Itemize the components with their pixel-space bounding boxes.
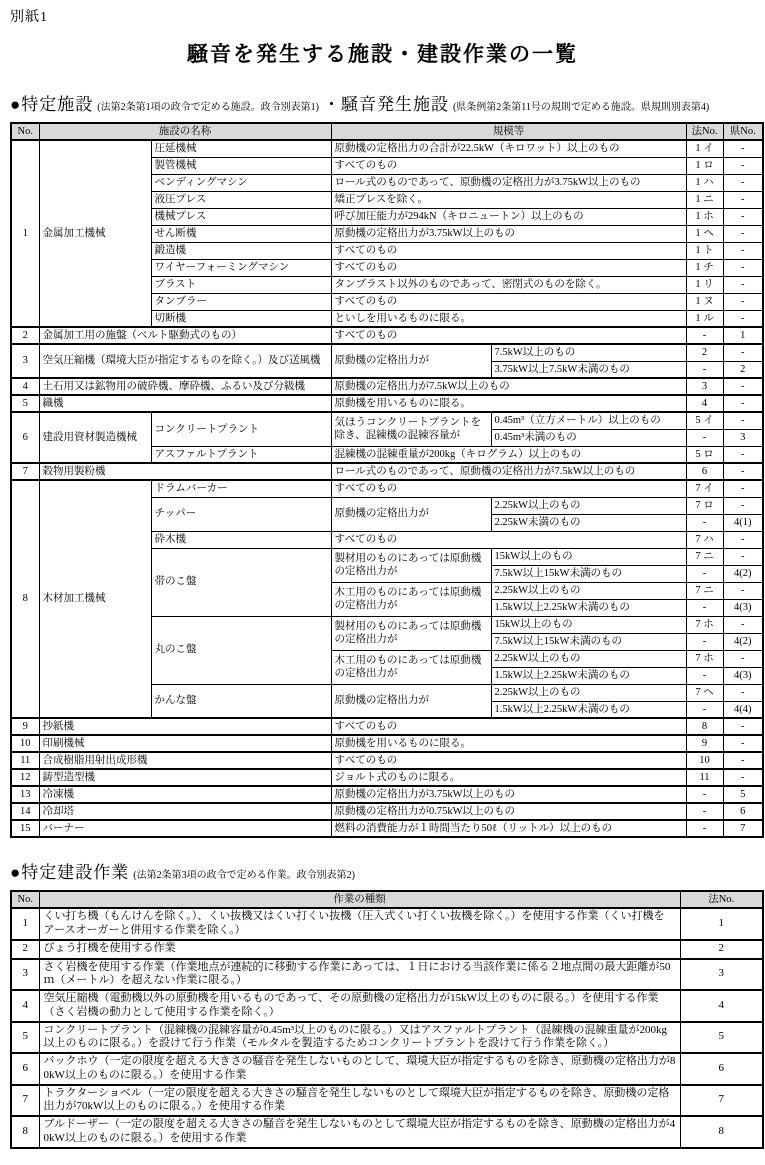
law-no: 7 ハ [686,531,723,548]
facility-name: 印刷機械 [39,735,331,752]
table-row: 7トラクターショベル（一定の限度を超える大きさの騒音を発生しないものとして環境大… [11,1085,763,1117]
pref-no: 6 [723,803,763,820]
pref-no: 4(3) [723,667,763,684]
work-type: びょう打機を使用する作業 [39,940,680,959]
table-row: 5織機原動機を用いるものに限る。4- [11,395,763,412]
facility-name: 帯のこ盤 [151,548,331,616]
pref-no: - [723,650,763,667]
law-no: - [686,599,723,616]
table-row: 2金属加工用の施盤（ベルト駆動式のもの）すべてのもの-1 [11,327,763,344]
pref-no: - [723,191,763,208]
table-row: 6建設用資材製造機械コンクリートプラント気ほうコンクリートプラントを除き、混練機… [11,412,763,429]
facilities-table-header-row: No. 施設の名称 規模等 法No. 県No. [11,123,763,140]
facility-name: 土石用又は鉱物用の破砕機、摩砕機、ふるい及び分級機 [39,378,331,395]
table-row: 2びょう打機を使用する作業2 [11,940,763,959]
law-no: - [686,786,723,803]
pref-no: - [723,718,763,735]
pref-no: 3 [723,429,763,446]
facility-name: せん断機 [151,225,331,242]
facility-category: 金属加工機械 [39,140,151,327]
facility-name: 砕木機 [151,531,331,548]
law-no: - [686,361,723,378]
law-no: 5 [680,1022,763,1054]
facility-name: 切断機 [151,310,331,327]
pref-no: 4(2) [723,633,763,650]
facility-name: ワイヤーフォーミングマシン [151,259,331,276]
table-row: 14冷却塔原動機の定格出力が0.75kW以上のもの-6 [11,803,763,820]
facility-name: チッパー [151,497,331,531]
pref-no: - [723,157,763,174]
row-no: 3 [11,344,39,378]
row-no: 6 [11,412,39,463]
pref-no: - [723,293,763,310]
pref-no: 7 [723,820,763,837]
scale-desc: ジョルト式のものに限る。 [331,769,686,786]
law-no: 2 [680,940,763,959]
table-row: 4空気圧縮機（電動機以外の原動機を用いるものであって、その原動機の定格出力が15… [11,990,763,1022]
law-no: - [686,633,723,650]
law-no: 1 イ [686,140,723,157]
law-no: 7 ホ [686,616,723,633]
scale-desc: 製材用のものにあっては原動機の定格出力が [331,548,491,582]
section-heading-facilities: ●特定施設 (法第2条第1項の政令で定める施設。政令別表第1) ・騒音発生施設 … [10,90,755,115]
facility-name: 機械プレス [151,208,331,225]
law-no: 7 イ [686,480,723,497]
law-no: 5 ロ [686,446,723,463]
law-no: 6 [686,463,723,480]
table-row: 15バーナー燃料の消費能力が１時間当たり50ℓ（リットル）以上のもの-7 [11,820,763,837]
scale-desc: すべてのもの [331,327,686,344]
header-scale: 規模等 [331,123,686,140]
law-no: 8 [686,718,723,735]
row-no: 13 [11,786,39,803]
pref-no: - [723,378,763,395]
law-no: 4 [680,990,763,1022]
scale-desc: 原動機を用いるものに限る。 [331,395,686,412]
scale-cond: 1.5kW以上2.25kW未満のもの [491,599,686,616]
attachment-label: 別紙1 [10,6,755,26]
scale-desc: 原動機の定格出力の合計が22.5kW（キロワット）以上のもの [331,140,686,157]
pref-no: - [723,276,763,293]
row-no: 12 [11,769,39,786]
scale-cond: 15kW以上のもの [491,616,686,633]
row-no: 4 [11,378,39,395]
law-no: 8 [680,1116,763,1148]
scale-cond: 2.25kW未満のもの [491,514,686,531]
row-no: 15 [11,820,39,837]
law-no: 1 ホ [686,208,723,225]
work-type: ブルドーザー（一定の限度を超える大きさの騒音を発生しないものとして環境大臣が指定… [39,1116,680,1148]
law-no: - [686,327,723,344]
row-no: 5 [11,1022,39,1054]
pref-no: 2 [723,361,763,378]
row-no: 9 [11,718,39,735]
pref-no: - [723,582,763,599]
scale-cond: 7.5kW以上15kW未満のもの [491,633,686,650]
page-title: 騒音を発生する施設・建設作業の一覧 [10,38,755,68]
header-no: No. [11,891,39,908]
row-no: 10 [11,735,39,752]
scale-desc: 原動機の定格出力が7.5kW以上のもの [331,378,686,395]
scale-cond: 0.45m³（立方メートル）以上のもの [491,412,686,429]
law-no: 1 ト [686,242,723,259]
law-no: 1 ロ [686,157,723,174]
pref-no: 4(4) [723,701,763,718]
pref-no: - [723,684,763,701]
pref-no: - [723,140,763,157]
scale-desc: といしを用いるものに限る。 [331,310,686,327]
header-facility-name: 施設の名称 [39,123,331,140]
scale-cond: 7.5kW以上15kW未満のもの [491,565,686,582]
work-type: さく岩機を使用する作業（作業地点が連続的に移動する作業にあっては、１日における当… [39,959,680,991]
row-no: 2 [11,327,39,344]
scale-cond: 1.5kW以上2.25kW未満のもの [491,701,686,718]
specified-facilities-table: No. 施設の名称 規模等 法No. 県No. 1金属加工機械圧延機械原動機の定… [10,122,764,838]
table-row: 3空気圧縮機（環境大臣が指定するものを除く。）及び送風機原動機の定格出力が7.5… [11,344,763,361]
law-no: 1 ニ [686,191,723,208]
facility-name: ベンディングマシン [151,174,331,191]
law-no: - [686,820,723,837]
pref-no: - [723,531,763,548]
row-no: 5 [11,395,39,412]
scale-desc: 原動機の定格出力が [331,497,491,531]
law-no: 7 ニ [686,548,723,565]
row-no: 3 [11,959,39,991]
law-no: 3 [686,378,723,395]
scale-cond: 15kW以上のもの [491,548,686,565]
row-no: 7 [11,463,39,480]
law-no: 5 イ [686,412,723,429]
construction-table-header-row: No. 作業の種類 法No. [11,891,763,908]
facility-name: 冷凍機 [39,786,331,803]
pref-no: 1 [723,327,763,344]
law-no: - [686,803,723,820]
scale-desc: すべてのもの [331,157,686,174]
row-no: 4 [11,990,39,1022]
pref-no: - [723,497,763,514]
pref-no: - [723,225,763,242]
law-no: - [686,667,723,684]
header-no: No. [11,123,39,140]
scale-desc: 燃料の消費能力が１時間当たり50ℓ（リットル）以上のもの [331,820,686,837]
pref-no: - [723,769,763,786]
facility-category: 建設用資材製造機械 [39,412,151,463]
scale-desc: ロール式のものであって、原動機の定格出力が7.5kW以上のもの [331,463,686,480]
scale-desc: 原動機を用いるものに限る。 [331,735,686,752]
scale-desc: 木工用のものにあっては原動機の定格出力が [331,582,491,616]
scale-desc: 気ほうコンクリートプラントを除き、混練機の混練容量が [331,412,491,446]
law-no: 1 チ [686,259,723,276]
law-no: 7 ロ [686,497,723,514]
table-row: 10印刷機械原動機を用いるものに限る。9- [11,735,763,752]
law-no: 3 [680,959,763,991]
scale-desc: すべてのもの [331,259,686,276]
pref-no: - [723,395,763,412]
pref-no: - [723,548,763,565]
law-no: - [686,701,723,718]
law-no: 6 [680,1053,763,1085]
facility-name: 液圧プレス [151,191,331,208]
facility-name: 合成樹脂用射出成形機 [39,752,331,769]
scale-desc: 矯正プレスを除く。 [331,191,686,208]
facility-name: 丸のこ盤 [151,616,331,684]
facility-name: 圧延機械 [151,140,331,157]
pref-no: 4(3) [723,599,763,616]
noise-facilities-heading: ・騒音発生施設 [323,95,449,114]
scale-desc: ロール式のものであって、原動機の定格出力が3.75kW以上のもの [331,174,686,191]
table-row: 11合成樹脂用射出成形機すべてのもの10- [11,752,763,769]
scale-desc: すべてのもの [331,242,686,259]
law-no: 4 [686,395,723,412]
pref-no: - [723,480,763,497]
section-spacer [10,838,755,858]
row-no: 8 [11,480,39,718]
scale-desc: 製材用のものにあっては原動機の定格出力が [331,616,491,650]
scale-desc: すべてのもの [331,752,686,769]
pref-no: - [723,259,763,276]
header-work-type: 作業の種類 [39,891,680,908]
noise-facilities-heading-note: (県条例第2条第11号の規則で定める施設。県規則別表第4) [453,102,709,113]
facility-name: コンクリートプラント [151,412,331,446]
pref-no: - [723,616,763,633]
work-type: バックホウ（一定の限度を超える大きさの騒音を発生しないものとして、環境大臣が指定… [39,1053,680,1085]
law-no: 1 ル [686,310,723,327]
facilities-heading-note: (法第2条第1項の政令で定める施設。政令別表第1) [97,102,319,113]
work-type: くい打ち機（もんけんを除く。）、くい抜機又はくい打くい抜機（圧入式くい打くい抜機… [39,908,680,940]
law-no: 7 ホ [686,650,723,667]
scale-cond: 1.5kW以上2.25kW未満のもの [491,667,686,684]
law-no: - [686,429,723,446]
scale-desc: すべてのもの [331,718,686,735]
row-no: 8 [11,1116,39,1148]
scale-desc: 呼び加圧能力が294kN（キロニュートン）以上のもの [331,208,686,225]
pref-no: - [723,735,763,752]
scale-desc: 原動機の定格出力が3.75kW以上のもの [331,786,686,803]
law-no: 7 ニ [686,582,723,599]
facility-name: 金属加工用の施盤（ベルト駆動式のもの） [39,327,331,344]
specified-construction-table: No. 作業の種類 法No. 1くい打ち機（もんけんを除く。）、くい抜機又はくい… [10,890,764,1149]
scale-desc: 原動機の定格出力が [331,684,491,718]
header-pref-no: 県No. [723,123,763,140]
header-law-no: 法No. [686,123,723,140]
work-type: トラクターショベル（一定の限度を超える大きさの騒音を発生しないものとして環境大臣… [39,1085,680,1117]
section-heading-construction: ●特定建設作業 (法第2条第3項の政令で定める作業。政令別表第2) [10,858,755,883]
law-no: 1 ヘ [686,225,723,242]
table-row: 1くい打ち機（もんけんを除く。）、くい抜機又はくい打くい抜機（圧入式くい打くい抜… [11,908,763,940]
law-no: 7 [680,1085,763,1117]
row-no: 2 [11,940,39,959]
facility-name: 穀物用製粉機 [39,463,331,480]
table-row: 3さく岩機を使用する作業（作業地点が連続的に移動する作業にあっては、１日における… [11,959,763,991]
facility-name: 冷却塔 [39,803,331,820]
table-row: 5コンクリートプラント（混練機の混練容量が0.45m³以上のものに限る。）又はア… [11,1022,763,1054]
table-row: 7穀物用製粉機ロール式のものであって、原動機の定格出力が7.5kW以上のもの6- [11,463,763,480]
facility-name: 抄紙機 [39,718,331,735]
law-no: 1 リ [686,276,723,293]
work-type: 空気圧縮機（電動機以外の原動機を用いるものであって、その原動機の定格出力が15k… [39,990,680,1022]
table-row: 13冷凍機原動機の定格出力が3.75kW以上のもの-5 [11,786,763,803]
row-no: 14 [11,803,39,820]
table-row: 8ブルドーザー（一定の限度を超える大きさの騒音を発生しないものとして環境大臣が指… [11,1116,763,1148]
pref-no: - [723,310,763,327]
table-row: 1金属加工機械圧延機械原動機の定格出力の合計が22.5kW（キロワット）以上のも… [11,140,763,157]
facility-name: タンブラー [151,293,331,310]
table-row: 12鋳型造型機ジョルト式のものに限る。11- [11,769,763,786]
header-law-no: 法No. [680,891,763,908]
law-no: - [686,565,723,582]
scale-desc: 混練機の混練重量が200kg（キログラム）以上のもの [331,446,686,463]
facility-name: バーナー [39,820,331,837]
pref-no: 5 [723,786,763,803]
scale-desc: すべてのもの [331,531,686,548]
row-no: 1 [11,140,39,327]
scale-cond: 0.45m³未満のもの [491,429,686,446]
law-no: 9 [686,735,723,752]
table-row: 9抄紙機すべてのもの8- [11,718,763,735]
facility-name: 鍛造機 [151,242,331,259]
law-no: 1 ハ [686,174,723,191]
pref-no: 4(2) [723,565,763,582]
facility-name: ドラムバーカー [151,480,331,497]
law-no: 10 [686,752,723,769]
pref-no: - [723,412,763,429]
law-no: 7 ヘ [686,684,723,701]
facility-name: アスファルトプラント [151,446,331,463]
facility-name: ブラスト [151,276,331,293]
scale-cond: 2.25kW以上のもの [491,684,686,701]
construction-heading: ●特定建設作業 [10,863,129,882]
pref-no: - [723,752,763,769]
scale-cond: 7.5kW以上のもの [491,344,686,361]
law-no: - [686,514,723,531]
row-no: 6 [11,1053,39,1085]
facility-name: 鋳型造型機 [39,769,331,786]
document-page: 別紙1 騒音を発生する施設・建設作業の一覧 ●特定施設 (法第2条第1項の政令で… [0,0,765,1157]
row-no: 7 [11,1085,39,1117]
scale-desc: すべてのもの [331,480,686,497]
facilities-heading: ●特定施設 [10,95,93,114]
scale-cond: 2.25kW以上のもの [491,582,686,599]
table-row: 8木材加工機械ドラムバーカーすべてのもの7 イ- [11,480,763,497]
scale-desc: タンブラスト以外のものであって、密閉式のものを除く。 [331,276,686,293]
table-row: 4土石用又は鉱物用の破砕機、摩砕機、ふるい及び分級機原動機の定格出力が7.5kW… [11,378,763,395]
pref-no: - [723,344,763,361]
row-no: 11 [11,752,39,769]
facility-category: 木材加工機械 [39,480,151,718]
law-no: 1 [680,908,763,940]
scale-desc: 原動機の定格出力が3.75kW以上のもの [331,225,686,242]
facility-name: 織機 [39,395,331,412]
pref-no: 4(1) [723,514,763,531]
pref-no: - [723,242,763,259]
scale-desc: 原動機の定格出力が [331,344,491,378]
pref-no: - [723,446,763,463]
scale-cond: 2.25kW以上のもの [491,650,686,667]
facility-name: 製管機械 [151,157,331,174]
scale-cond: 3.75kW以上7.5kW未満のもの [491,361,686,378]
pref-no: - [723,463,763,480]
scale-cond: 2.25kW以上のもの [491,497,686,514]
scale-desc: 木工用のものにあっては原動機の定格出力が [331,650,491,684]
work-type: コンクリートプラント（混練機の混練容量が0.45m³以上のものに限る。）又はアス… [39,1022,680,1054]
law-no: 11 [686,769,723,786]
construction-heading-note: (法第2条第3項の政令で定める作業。政令別表第2) [133,870,355,881]
table-row: 6バックホウ（一定の限度を超える大きさの騒音を発生しないものとして、環境大臣が指… [11,1053,763,1085]
scale-desc: すべてのもの [331,293,686,310]
scale-desc: 原動機の定格出力が0.75kW以上のもの [331,803,686,820]
law-no: 1 ヌ [686,293,723,310]
pref-no: - [723,208,763,225]
row-no: 1 [11,908,39,940]
facility-name: かんな盤 [151,684,331,718]
law-no: 2 [686,344,723,361]
facility-name: 空気圧縮機（環境大臣が指定するものを除く。）及び送風機 [39,344,331,378]
pref-no: - [723,174,763,191]
